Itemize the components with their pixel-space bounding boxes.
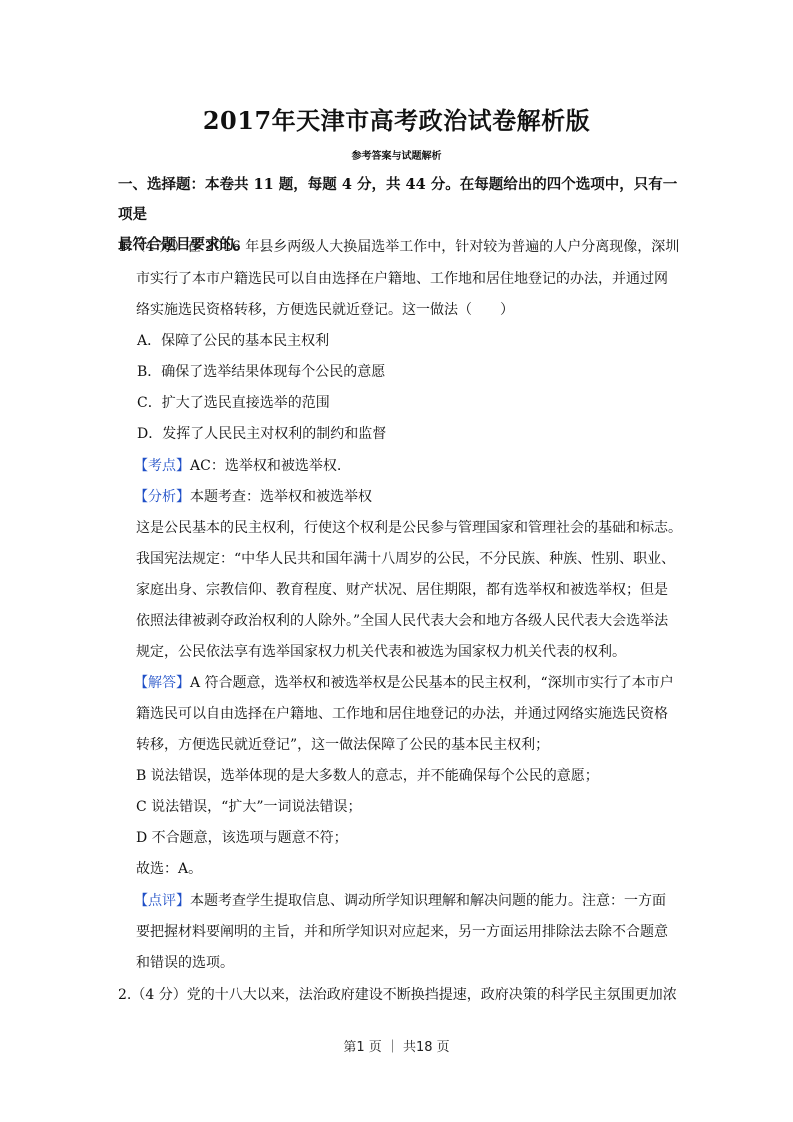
jieda-line: 【解答】A 符合题意，选举权和被选举权是公民基本的民主权利，“深圳市实行了本市户 xyxy=(134,673,674,693)
jieda-tag: 【解答】 xyxy=(134,675,190,691)
answer-line: 籍选民可以自由选择在户籍地、工作地和居住地登记的办法，并通过网络实施选民资格 xyxy=(136,704,668,724)
answer-line: D 不合题意，该选项与题意不符； xyxy=(136,828,348,848)
question-stem-line: 市实行了本市户籍选民可以自由选择在户籍地、工作地和居住地登记的办法，并通过网 xyxy=(136,269,668,289)
answer-choice: 故选：A。 xyxy=(136,859,202,879)
analysis-line: 这是公民基本的民主权利，行使这个权利是公民参与管理国家和管理社会的基础和标志。 xyxy=(136,518,682,538)
kaodian-line: 【考点】AC：选举权和被选举权. xyxy=(134,456,341,476)
document-title: 2017年天津市高考政治试卷解析版 xyxy=(0,101,793,136)
answer-line: C 说法错误，“扩大”一词说法错误； xyxy=(136,797,361,817)
answer-line: 转移，方便选民就近登记”，这一做法保障了公民的基本民主权利； xyxy=(136,735,549,755)
document-subtitle: 参考答案与试题解析 xyxy=(0,147,793,162)
option-a: A．保障了公民的基本民主权利 xyxy=(137,331,329,351)
kaodian-text: AC：选举权和被选举权. xyxy=(190,458,341,474)
section-header-line: 一、选择题：本卷共 11 题，每题 4 分，共 44 分。在每题给出的四个选项中… xyxy=(118,170,678,230)
fenxi-tag: 【分析】 xyxy=(134,489,190,505)
option-b: B．确保了选举结果体现每个公民的意愿 xyxy=(137,362,385,382)
fenxi-text: 本题考查：选举权和被选举权 xyxy=(190,489,372,505)
question-stem-line: 2.（4 分）党的十八大以来，法治政府建设不断换挡提速，政府决策的科学民主氛围更… xyxy=(118,985,677,1005)
analysis-line: 依照法律被剥夺政治权利的人除外。”全国人民代表大会和地方各级人民代表大会选举法 xyxy=(136,611,668,631)
option-d: D．发挥了人民民主对权利的制约和监督 xyxy=(137,424,386,444)
question-stem-line: 络实施选民资格转移，方便选民就近登记。这一做法（ ） xyxy=(136,300,514,320)
jieda-text: A 符合题意，选举权和被选举权是公民基本的民主权利，“深圳市实行了本市户 xyxy=(190,675,674,691)
kaodian-tag: 【考点】 xyxy=(134,458,190,474)
dianping-tag: 【点评】 xyxy=(134,893,190,909)
question-stem-line: 1.（4 分）在 2016 年县乡两级人大换届选举工作中，针对较为普遍的人户分离… xyxy=(118,237,679,257)
analysis-line: 规定，公民依法享有选举国家权力机关代表和被选为国家权力机关代表的权利。 xyxy=(136,642,626,662)
comment-line: 要把握材料要阐明的主旨，并和所学知识对应起来，另一方面运用排除法去除不合题意 xyxy=(136,922,668,942)
answer-line: B 说法错误，选举体现的是大多数人的意志，并不能确保每个公民的意愿； xyxy=(136,766,599,786)
dianping-text: 本题考查学生提取信息、调动所学知识理解和解决问题的能力。注意：一方面 xyxy=(190,893,666,909)
fenxi-line: 【分析】本题考查：选举权和被选举权 xyxy=(134,487,372,507)
comment-line: 和错误的选项。 xyxy=(136,953,234,973)
dianping-line: 【点评】本题考查学生提取信息、调动所学知识理解和解决问题的能力。注意：一方面 xyxy=(134,891,666,911)
analysis-line: 家庭出身、宗教信仰、教育程度、财产状况、居住期限，都有选举权和被选举权；但是 xyxy=(136,580,668,600)
option-c: C．扩大了选民直接选举的范围 xyxy=(137,393,330,413)
analysis-line: 我国宪法规定：“中华人民共和国年满十八周岁的公民，不分民族、种族、性别、职业、 xyxy=(136,549,675,569)
page-footer: 第1 页 ｜ 共18 页 xyxy=(0,1036,793,1055)
